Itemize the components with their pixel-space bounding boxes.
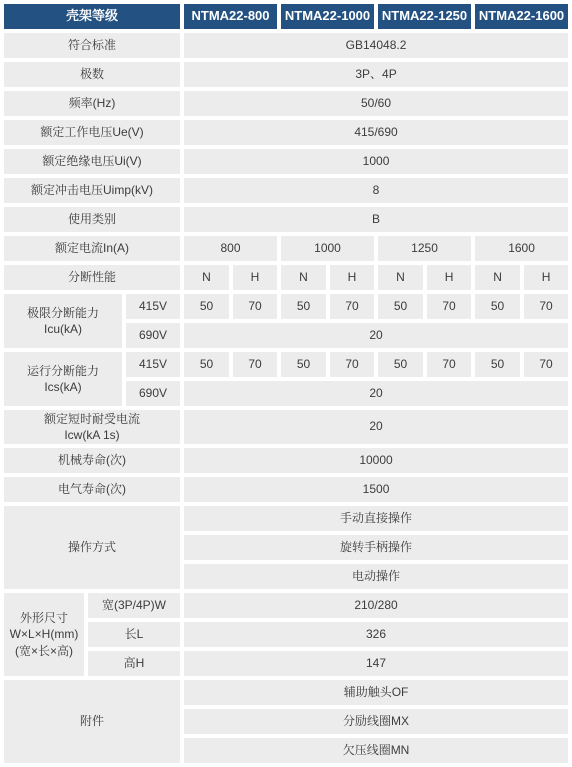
dimension-value-height: 147	[184, 651, 568, 676]
row-label-uimp: 额定冲击电压Uimp(kV)	[4, 178, 180, 203]
row-label-electrical-life: 电气寿命(次)	[4, 477, 180, 502]
icu-415-cell: 70	[330, 294, 374, 319]
row-value-standard: GB14048.2	[184, 33, 568, 58]
breaking-cell: H	[233, 265, 277, 290]
operation-option-3: 电动操作	[184, 564, 568, 589]
header-model-1250: NTMA22-1250	[378, 4, 471, 29]
dimensions-label-line1: 外形尺寸	[4, 610, 84, 626]
icw-label-line2: Icw(kA 1s)	[4, 427, 180, 443]
header-model-1600: NTMA22-1600	[475, 4, 568, 29]
row-label-mechanical-life: 机械寿命(次)	[4, 448, 180, 473]
row-label-operation-mode: 操作方式	[4, 506, 180, 589]
header-model-1000: NTMA22-1000	[281, 4, 374, 29]
row-label-frequency: 频率(Hz)	[4, 91, 180, 116]
dimension-value-length: 326	[184, 622, 568, 647]
row-label-icw: 额定短时耐受电流 Icw(kA 1s)	[4, 410, 180, 444]
ics-sub-690: 690V	[126, 381, 180, 406]
row-label-category: 使用类别	[4, 207, 180, 232]
row-label-ue: 额定工作电压Ue(V)	[4, 120, 180, 145]
ics-415-cell: 70	[233, 352, 277, 377]
accessory-option-3: 欠压线圈MN	[184, 738, 568, 763]
row-rated-working-voltage: 额定工作电压Ue(V) 415/690	[4, 120, 568, 145]
ics-415-cell: 70	[427, 352, 471, 377]
row-value-electrical-life: 1500	[184, 477, 568, 502]
row-label-ui: 额定绝缘电压Ui(V)	[4, 149, 180, 174]
icu-415-cell: 70	[524, 294, 568, 319]
row-rated-insulation-voltage: 额定绝缘电压Ui(V) 1000	[4, 149, 568, 174]
row-value-ui: 1000	[184, 149, 568, 174]
dimension-sub-height: 高H	[88, 651, 180, 676]
ics-415-cell: 50	[184, 352, 229, 377]
icu-sub-690: 690V	[126, 323, 180, 348]
row-value-mechanical-life: 10000	[184, 448, 568, 473]
dimensions-label-line2: W×L×H(mm)	[4, 626, 84, 642]
row-accessory-1: 附件 辅助触头OF	[4, 680, 568, 705]
row-label-dimensions: 外形尺寸 W×L×H(mm) (宽×长×高)	[4, 593, 84, 676]
row-frequency: 频率(Hz) 50/60	[4, 91, 568, 116]
icu-label-line1: 极限分断能力	[4, 305, 122, 321]
rated-current-800: 800	[184, 236, 277, 261]
dimension-value-width: 210/280	[184, 593, 568, 618]
row-label-poles: 极数	[4, 62, 180, 87]
row-utilization-category: 使用类别 B	[4, 207, 568, 232]
ics-label-line2: Ics(kA)	[4, 379, 122, 395]
row-poles: 极数 3P、4P	[4, 62, 568, 87]
dimensions-label-line3: (宽×长×高)	[4, 643, 84, 659]
row-label-rated-current: 额定电流In(A)	[4, 236, 180, 261]
row-value-uimp: 8	[184, 178, 568, 203]
icu-415-cell: 50	[281, 294, 326, 319]
header-frame-label: 壳架等级	[4, 4, 180, 29]
icw-label-line1: 额定短时耐受电流	[4, 411, 180, 427]
row-value-poles: 3P、4P	[184, 62, 568, 87]
row-label-standard: 符合标准	[4, 33, 180, 58]
rated-current-1250: 1250	[378, 236, 471, 261]
row-dimension-height: 高H 147	[4, 651, 568, 676]
ics-690-value: 20	[184, 381, 568, 406]
breaking-cell: N	[378, 265, 423, 290]
icu-sub-415: 415V	[126, 294, 180, 319]
icu-415-cell: 70	[427, 294, 471, 319]
spec-table: 壳架等级 NTMA22-800 NTMA22-1000 NTMA22-1250 …	[0, 0, 572, 767]
row-operation-1: 操作方式 手动直接操作	[4, 506, 568, 531]
operation-option-1: 手动直接操作	[184, 506, 568, 531]
breaking-cell: N	[184, 265, 229, 290]
rated-current-1000: 1000	[281, 236, 374, 261]
operation-option-2: 旋转手柄操作	[184, 535, 568, 560]
row-value-frequency: 50/60	[184, 91, 568, 116]
row-label-breaking-performance: 分断性能	[4, 265, 180, 290]
breaking-cell: H	[524, 265, 568, 290]
row-icu-415: 极限分断能力 Icu(kA) 415V 50 70 50 70 50 70 50…	[4, 294, 568, 319]
row-label-accessories: 附件	[4, 680, 180, 763]
row-rated-impulse-voltage: 额定冲击电压Uimp(kV) 8	[4, 178, 568, 203]
accessory-option-2: 分励线圈MX	[184, 709, 568, 734]
ics-415-cell: 70	[524, 352, 568, 377]
row-label-icu: 极限分断能力 Icu(kA)	[4, 294, 122, 348]
icu-415-cell: 50	[475, 294, 520, 319]
dimension-sub-length: 长L	[88, 622, 180, 647]
breaking-cell: H	[330, 265, 374, 290]
row-label-ics: 运行分断能力 Ics(kA)	[4, 352, 122, 406]
header-row: 壳架等级 NTMA22-800 NTMA22-1000 NTMA22-1250 …	[4, 4, 568, 29]
rated-current-1600: 1600	[475, 236, 568, 261]
row-dimension-length: 长L 326	[4, 622, 568, 647]
icu-415-cell: 50	[378, 294, 423, 319]
icu-415-cell: 50	[184, 294, 229, 319]
row-mechanical-life: 机械寿命(次) 10000	[4, 448, 568, 473]
row-breaking-performance: 分断性能 N H N H N H N H	[4, 265, 568, 290]
row-icw: 额定短时耐受电流 Icw(kA 1s) 20	[4, 410, 568, 444]
ics-415-cell: 70	[330, 352, 374, 377]
row-standard: 符合标准 GB14048.2	[4, 33, 568, 58]
row-electrical-life: 电气寿命(次) 1500	[4, 477, 568, 502]
header-model-800: NTMA22-800	[184, 4, 277, 29]
icu-415-cell: 70	[233, 294, 277, 319]
row-value-category: B	[184, 207, 568, 232]
ics-415-cell: 50	[281, 352, 326, 377]
dimension-sub-width: 宽(3P/4P)W	[88, 593, 180, 618]
accessory-option-1: 辅助触头OF	[184, 680, 568, 705]
breaking-cell: H	[427, 265, 471, 290]
row-value-ue: 415/690	[184, 120, 568, 145]
ics-sub-415: 415V	[126, 352, 180, 377]
row-rated-current: 额定电流In(A) 800 1000 1250 1600	[4, 236, 568, 261]
icu-690-value: 20	[184, 323, 568, 348]
ics-415-cell: 50	[475, 352, 520, 377]
row-dimension-width: 外形尺寸 W×L×H(mm) (宽×长×高) 宽(3P/4P)W 210/280	[4, 593, 568, 618]
icu-label-line2: Icu(kA)	[4, 321, 122, 337]
ics-415-cell: 50	[378, 352, 423, 377]
row-value-icw: 20	[184, 410, 568, 444]
breaking-cell: N	[281, 265, 326, 290]
ics-label-line1: 运行分断能力	[4, 363, 122, 379]
row-ics-415: 运行分断能力 Ics(kA) 415V 50 70 50 70 50 70 50…	[4, 352, 568, 377]
breaking-cell: N	[475, 265, 520, 290]
